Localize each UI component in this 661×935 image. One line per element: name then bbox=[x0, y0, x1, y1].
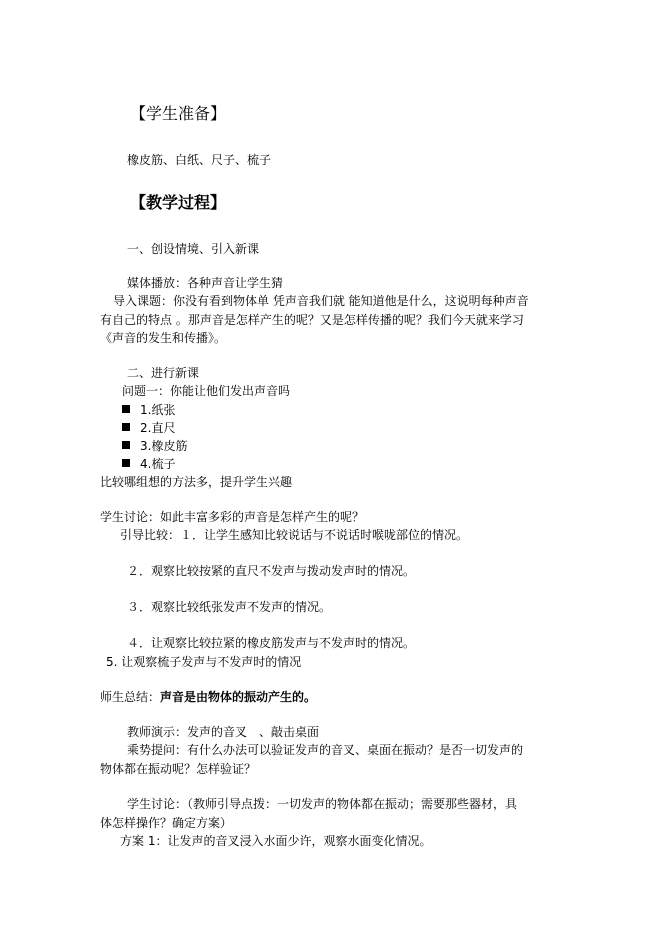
list-item: 1.纸张 bbox=[122, 403, 175, 417]
discussion2-line-2: 体怎样操作？确定方案） bbox=[100, 816, 232, 830]
plan-1: 方案 1：让发声的音叉浸入水面少许，观察水面变化情况。 bbox=[120, 834, 431, 848]
summary-line: 师生总结：声音是由物体的振动产生的。 bbox=[100, 690, 316, 704]
intro-line-1: 导入课题：你没有看到物体单 凭声音我们就 能知道他是什么，这说明每种声音 bbox=[113, 294, 529, 308]
guide-step-5: 5. 让观察梳子发声与不发声时的情况 bbox=[106, 655, 301, 669]
square-bullet-icon bbox=[122, 423, 130, 431]
follow-up-question-2: 物体都在振动呢？怎样验证？ bbox=[100, 762, 256, 776]
guide-step-2: ２．观察比较按紧的直尺不发声与拨动发声时的情况。 bbox=[127, 564, 415, 578]
list-item: 3.橡皮筋 bbox=[122, 439, 187, 453]
guide-step-4: ４．让观察比较拉紧的橡皮筋发声与不发声时的情况。 bbox=[127, 636, 415, 650]
question-one: 问题一：你能让他们发出声音吗 bbox=[122, 384, 290, 398]
guide-step-1: 引导比较：１．让学生感知比较说话与不说话时喉咙部位的情况。 bbox=[120, 528, 468, 542]
square-bullet-icon bbox=[122, 459, 130, 467]
materials-list: 橡皮筋、白纸、尺子、梳子 bbox=[127, 153, 271, 167]
list-item: 4.梳子 bbox=[122, 457, 175, 471]
intro-line-2: 有自己的特点 。那声音是怎样产生的呢？又是怎样传播的呢？我们今天就来学习 bbox=[100, 313, 524, 327]
part1-title: 一、创设情境、引入新课 bbox=[127, 242, 259, 256]
summary-text: 声音是由物体的振动产生的。 bbox=[160, 690, 316, 704]
heading-teaching-process: 【教学过程】 bbox=[130, 193, 226, 213]
discussion2-line-1: 学生讨论：（教师引导点拨：一切发声的物体都在振动；需要那些器材，具 bbox=[127, 797, 517, 811]
intro-line-3: 《声音的发生和传播》。 bbox=[100, 331, 226, 345]
square-bullet-icon bbox=[122, 441, 130, 449]
guide-step-3: ３．观察比较纸张发声不发声的情况。 bbox=[127, 600, 331, 614]
part2-title: 二、进行新课 bbox=[127, 366, 199, 380]
media-play-line: 媒体播放：各种声音让学生猜 bbox=[127, 276, 283, 290]
follow-up-question-1: 乘势提问：有什么办法可以验证发声的音叉、桌面在振动？是否一切发声的 bbox=[127, 743, 523, 757]
heading-student-prep: 【学生准备】 bbox=[130, 104, 226, 124]
compare-line: 比较哪组想的方法多，提升学生兴趣 bbox=[100, 475, 292, 489]
student-discussion: 学生讨论：如此丰富多彩的声音是怎样产生的呢？ bbox=[100, 510, 364, 524]
teacher-demo: 教师演示：发声的音叉 、敲击桌面 bbox=[127, 725, 319, 739]
square-bullet-icon bbox=[122, 405, 130, 413]
list-item: 2.直尺 bbox=[122, 421, 175, 435]
